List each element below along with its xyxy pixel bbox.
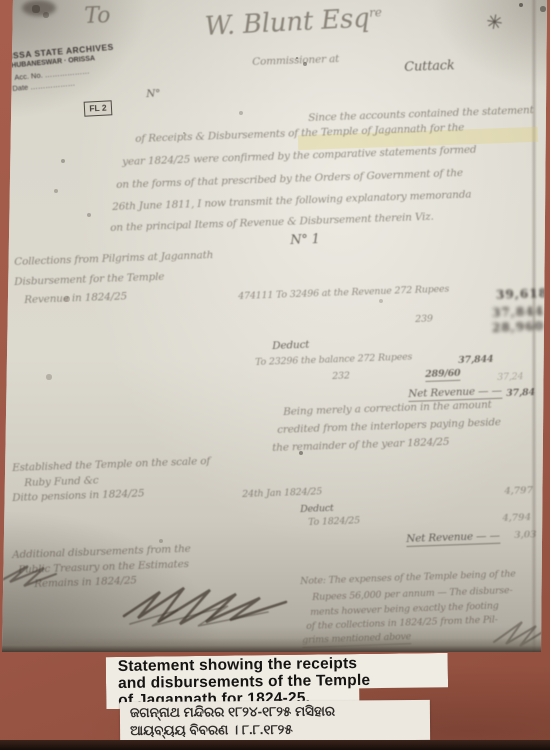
addressee-place: Cuttack [404,58,455,75]
addressee-text: W. Blunt Esq [204,3,370,42]
body-line: Since the accounts contained the stateme… [308,104,534,124]
amount: 3,03 [514,529,537,541]
note-line: credited from the interlopers paying bes… [277,416,501,436]
body-line: on the principal Items of Revenue & Disb… [110,211,434,234]
amount: 37,844 [458,354,494,366]
dash-fill: — — [478,385,502,398]
margin-figure: 39,618 [496,286,548,302]
account-entry: Ruby Fund &c [24,474,99,489]
body-line: on the forms of that prescribed by the O… [116,167,463,191]
net-revenue-label: Net Revenue — — [406,530,500,547]
note-line: Being merely a correction in the amount [283,399,492,418]
file-number-label: FL 2 [84,100,113,116]
account-entry: Established the Temple on the scale of [12,455,210,474]
net-label-text: Net Revenue [408,386,475,400]
account-entry: Ditto pensions in 1824/25 [12,487,145,504]
addressee-name: W. Blunt Esqre [204,3,383,42]
ink-blot [22,0,56,16]
caption-label-odia: ଜଗନ୍ନାଥ ମନ୍ଦିରର ୧୮୨୪-୧୮୨୫ ମସିହାର ଆୟବ୍ୟୟ … [120,700,430,742]
footnote-line: Note: The expenses of the Temple being o… [300,568,516,587]
caption-odia-line: ଆୟବ୍ୟୟ ବିବରଣ । ୮.୮.୧୮୨୫ [120,720,430,740]
account-detail: To 23296 the balance 272 Rupees [255,352,412,368]
margin-figure: 37,844 [492,304,544,320]
photo-mat-bottom-strip [0,740,550,750]
reference-mark: N° [146,88,160,100]
section-number: N° 1 [290,232,320,248]
account-entry: Collections from Pilgrims at Jagannath [14,249,213,268]
amount: 4,797 [504,485,533,497]
dash-fill: — — [476,530,500,543]
account-detail: To 1824/25 [308,515,360,528]
addressee-title: Commissioner at [252,53,339,68]
deduct-label: Deduct [272,339,309,352]
ink-scribble [118,572,308,630]
note-line: the remainder of the year 1824/25 [272,436,450,454]
amount: 37,84 [506,387,535,399]
manuscript-photo: ORISSA STATE ARCHIVES BHUBANESWAR · ORIS… [0,0,550,652]
body-line: 26th June 1811, I now transmit the follo… [112,188,472,213]
amount-underlined: 289/60 [425,368,461,382]
deduct-label: Deduct [300,503,334,515]
amount: 4,794 [502,512,531,524]
salutation: To [84,3,111,29]
account-detail: 239 [415,313,433,325]
account-entry: Disbursement for the Temple [14,271,164,288]
account-detail: 232 [332,370,350,382]
addressee-suffix: re [369,5,382,20]
account-entry: Revenue in 1824/25 [24,290,127,306]
amount: 37,24 [497,371,524,383]
caption-odia-line: ଜଗନ୍ନାଥ ମନ୍ଦିରର ୧୮୨୪-୧୮୨୫ ମସିହାର [120,700,430,722]
ink-scribble [0,546,60,590]
account-detail: 474111 To 32496 at the Revenue 272 Rupee… [238,284,449,302]
paper-specks [0,0,2,2]
net-label-text: Net Revenue [406,531,473,545]
margin-figure: 28,960 [492,319,544,335]
account-detail: 24th Jan 1824/25 [242,486,322,500]
archival-photo-page: ORISSA STATE ARCHIVES BHUBANESWAR · ORIS… [0,0,550,750]
ink-asterisk-mark: ✳ [484,9,505,37]
